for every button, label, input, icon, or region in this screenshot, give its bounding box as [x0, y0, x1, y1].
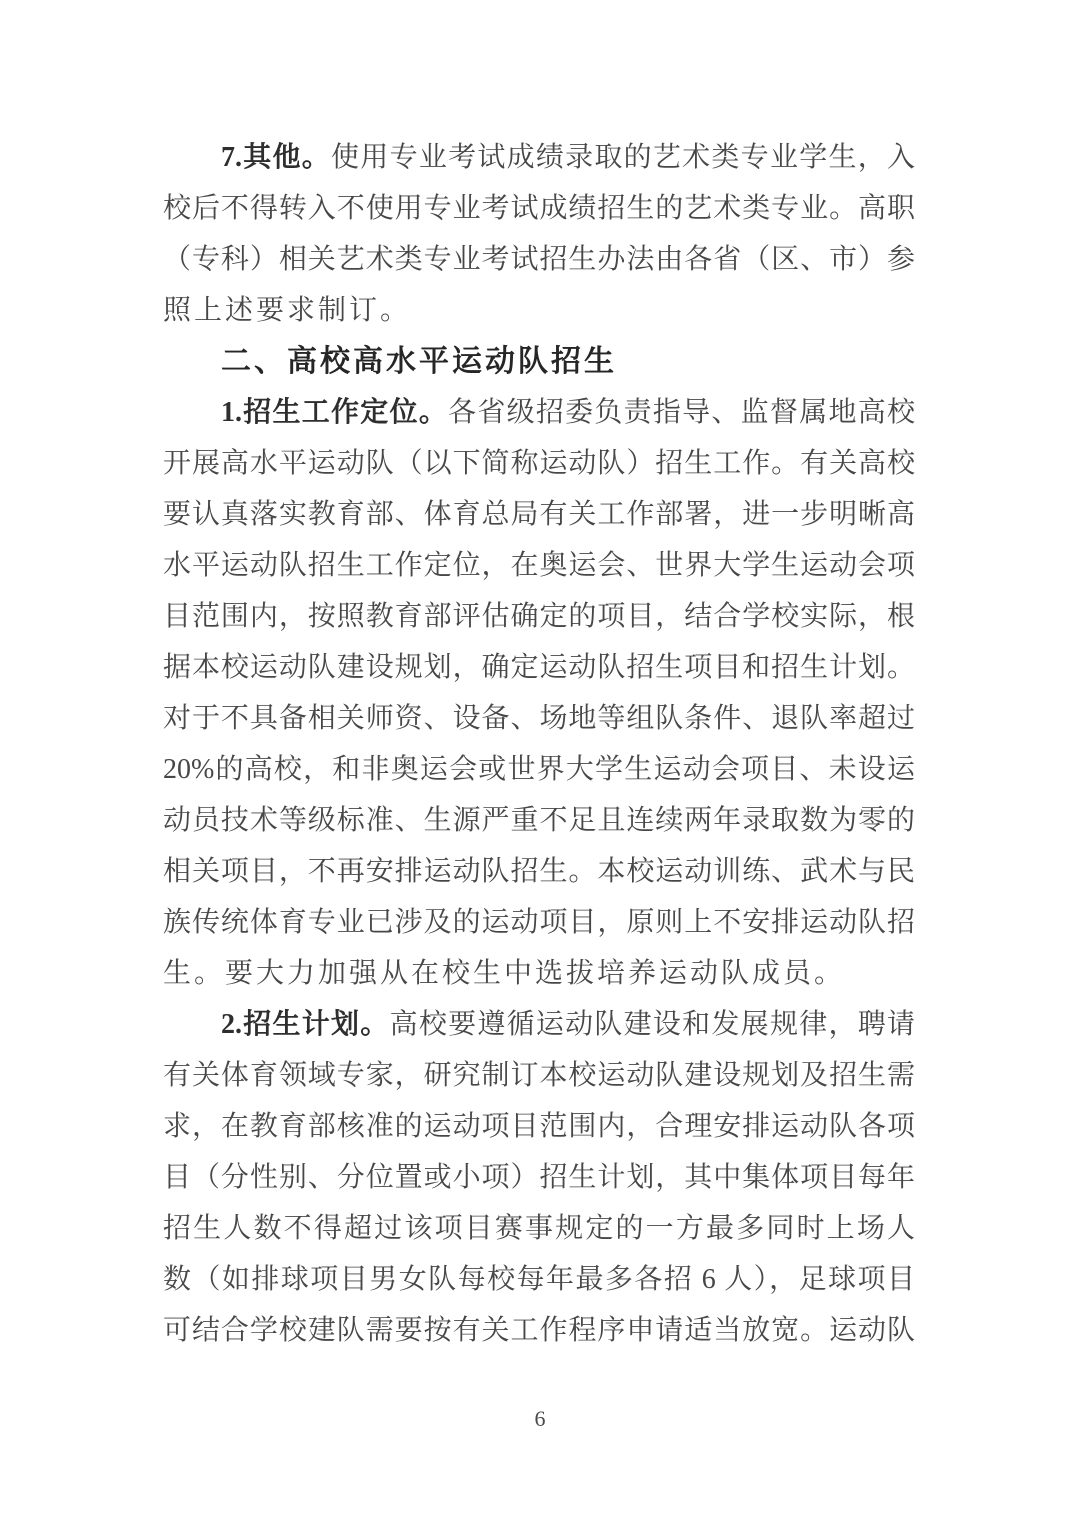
- text-line: 据本校运动队建设规划，确定运动队招生项目和招生计划。: [163, 642, 915, 693]
- text-line: 数（如排球项目男女队每校每年最多各招 6 人），足球项目: [163, 1254, 915, 1305]
- text-line: 照上述要求制订。: [163, 285, 915, 336]
- text-line: 可结合学校建队需要按有关工作程序申请适当放宽。运动队: [163, 1305, 915, 1356]
- text-line: 目（分性别、分位置或小项）招生计划，其中集体项目每年: [163, 1152, 915, 1203]
- section-heading: 二、高校高水平运动队招生: [163, 336, 915, 387]
- text-line: 20%的高校，和非奥运会或世界大学生运动会项目、未设运: [163, 744, 915, 795]
- lead-phrase: 2.招生计划。: [221, 1009, 390, 1040]
- text-line: 生。要大力加强从在校生中选拔培养运动队成员。: [163, 948, 915, 999]
- lead-phrase: 7.其他。: [221, 142, 331, 173]
- document-page: 7.其他。使用专业考试成绩录取的艺术类专业学生，入校后不得转入不使用专业考试成绩…: [0, 0, 1080, 1527]
- text-line: 族传统体育专业已涉及的运动项目，原则上不安排运动队招: [163, 897, 915, 948]
- text-line: 有关体育领域专家，研究制订本校运动队建设规划及招生需: [163, 1050, 915, 1101]
- text-line: （专科）相关艺术类专业考试招生办法由各省（区、市）参: [163, 234, 915, 285]
- page-number: 6: [0, 1402, 1080, 1436]
- text-line: 相关项目，不再安排运动队招生。本校运动训练、武术与民: [163, 846, 915, 897]
- text-line: 招生人数不得超过该项目赛事规定的一方最多同时上场人: [163, 1203, 915, 1254]
- text-line: 对于不具备相关师资、设备、场地等组队条件、退队率超过: [163, 693, 915, 744]
- text-line: 校后不得转入不使用专业考试成绩招生的艺术类专业。高职: [163, 183, 915, 234]
- text-line: 要认真落实教育部、体育总局有关工作部署，进一步明晰高: [163, 489, 915, 540]
- lead-phrase: 1.招生工作定位。: [221, 397, 448, 428]
- text-line: 水平运动队招生工作定位，在奥运会、世界大学生运动会项: [163, 540, 915, 591]
- text-line: 求，在教育部核准的运动项目范围内，合理安排运动队各项: [163, 1101, 915, 1152]
- text-line: 动员技术等级标准、生源严重不足且连续两年录取数为零的: [163, 795, 915, 846]
- text-line: 2.招生计划。高校要遵循运动队建设和发展规律，聘请: [163, 999, 915, 1050]
- document-body: 7.其他。使用专业考试成绩录取的艺术类专业学生，入校后不得转入不使用专业考试成绩…: [163, 132, 915, 1356]
- text-line: 7.其他。使用专业考试成绩录取的艺术类专业学生，入: [163, 132, 915, 183]
- text-line: 目范围内，按照教育部评估确定的项目，结合学校实际，根: [163, 591, 915, 642]
- text-line: 开展高水平运动队（以下简称运动队）招生工作。有关高校: [163, 438, 915, 489]
- text-line: 1.招生工作定位。各省级招委负责指导、监督属地高校: [163, 387, 915, 438]
